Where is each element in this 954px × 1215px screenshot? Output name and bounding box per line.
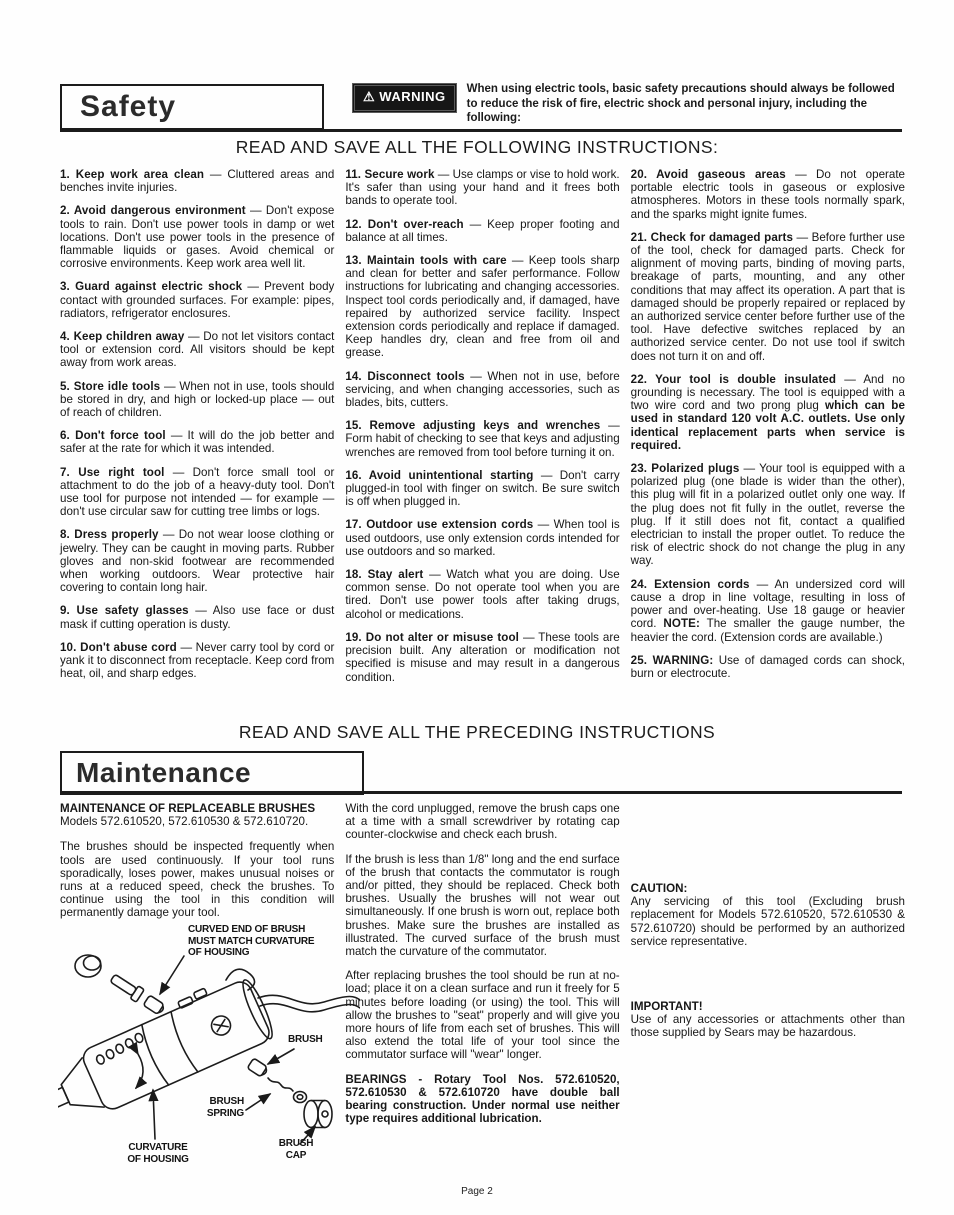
- safety-item: 12. Don't over-reach — Keep proper footi…: [345, 218, 619, 244]
- header-divider: [60, 129, 902, 132]
- safety-item: 19. Do not alter or misuse tool — These …: [345, 631, 619, 684]
- safety-section-title-box: Safety: [60, 84, 324, 130]
- safety-item: 2. Avoid dangerous environment — Don't e…: [60, 204, 334, 270]
- safety-item: 25. WARNING: Use of damaged cords can sh…: [631, 654, 905, 680]
- label-brush-cap: BRUSH CAP: [274, 1138, 318, 1161]
- caution-heading: CAUTION:: [631, 882, 905, 895]
- manual-page: Safety ⚠ WARNING When using electric too…: [0, 0, 954, 1215]
- safety-column-2: 11. Secure work — Use clamps or vise to …: [345, 168, 619, 694]
- heading-read-following: READ AND SAVE ALL THE FOLLOWING INSTRUCT…: [0, 137, 954, 158]
- safety-item: 17. Outdoor use extension cords — When t…: [345, 518, 619, 558]
- label-brush: BRUSH: [288, 1034, 323, 1046]
- safety-item: 11. Secure work — Use clamps or vise to …: [345, 168, 619, 208]
- label-curved-end-of-brush: CURVED END OF BRUSH MUST MATCH CURVATURE…: [188, 924, 314, 959]
- brushes-heading: MAINTENANCE OF REPLACEABLE BRUSHES: [60, 802, 334, 815]
- brush-replace-paragraph: If the brush is less than 1/8" long and …: [345, 853, 619, 959]
- safety-item: 9. Use safety glasses — Also use face or…: [60, 604, 334, 630]
- label-curvature-of-housing: CURVATURE OF HOUSING: [106, 1142, 210, 1165]
- brush-replacement-diagram: CURVED END OF BRUSH MUST MATCH CURVATURE…: [58, 918, 360, 1186]
- maintenance-divider: [60, 791, 902, 794]
- brushes-intro-paragraph: The brushes should be inspected frequent…: [60, 840, 334, 919]
- bearings-note: BEARINGS - Rotary Tool Nos. 572.610520, …: [345, 1073, 619, 1126]
- safety-item: 5. Store idle tools — When not in use, t…: [60, 380, 334, 420]
- important-text: Use of any accessories or attachments ot…: [631, 1013, 905, 1039]
- safety-item: 13. Maintain tools with care — Keep tool…: [345, 254, 619, 360]
- warning-icon: ⚠ WARNING: [352, 83, 457, 113]
- caution-block: CAUTION: Any servicing of this tool (Exc…: [631, 882, 905, 948]
- safety-item: 4. Keep children away — Do not let visit…: [60, 330, 334, 370]
- safety-item: 18. Stay alert — Watch what you are doin…: [345, 568, 619, 621]
- important-heading: IMPORTANT!: [631, 1000, 905, 1013]
- page-number: Page 2: [0, 1186, 954, 1197]
- label-brush-spring: BRUSH SPRING: [196, 1096, 244, 1119]
- safety-item: 7. Use right tool — Don't force small to…: [60, 466, 334, 519]
- safety-item: 3. Guard against electric shock — Preven…: [60, 280, 334, 320]
- safety-item: 15. Remove adjusting keys and wrenches —…: [345, 419, 619, 459]
- safety-item: 8. Dress properly — Do not wear loose cl…: [60, 528, 334, 594]
- warning-block: ⚠ WARNING When using electric tools, bas…: [346, 82, 904, 126]
- models-line: Models 572.610520, 572.610530 & 572.6107…: [60, 815, 334, 828]
- safety-item: 23. Polarized plugs — Your tool is equip…: [631, 462, 905, 568]
- safety-item: 24. Extension cords — An undersized cord…: [631, 578, 905, 644]
- safety-item: 14. Disconnect tools — When not in use, …: [345, 370, 619, 410]
- important-block: IMPORTANT! Use of any accessories or att…: [631, 1000, 905, 1040]
- safety-column-1: 1. Keep work area clean — Cluttered area…: [60, 168, 334, 694]
- safety-item: 10. Don't abuse cord — Never carry tool …: [60, 641, 334, 681]
- safety-item: 6. Don't force tool — It will do the job…: [60, 429, 334, 455]
- warning-text: When using electric tools, basic safety …: [467, 83, 895, 124]
- maintenance-column-middle: With the cord unplugged, remove the brus…: [345, 802, 619, 1136]
- brush-seat-paragraph: After replacing brushes the tool should …: [345, 969, 619, 1061]
- safety-section-title: Safety: [80, 90, 176, 124]
- maintenance-section-title-box: Maintenance: [60, 751, 364, 795]
- safety-item: 1. Keep work area clean — Cluttered area…: [60, 168, 334, 194]
- safety-item: 22. Your tool is double insulated — And …: [631, 373, 905, 452]
- safety-item: 20. Avoid gaseous areas — Do not operate…: [631, 168, 905, 221]
- maintenance-column-right: CAUTION: Any servicing of this tool (Exc…: [631, 802, 905, 1136]
- maintenance-section-title: Maintenance: [76, 757, 251, 789]
- brush-check-paragraph: With the cord unplugged, remove the brus…: [345, 802, 619, 842]
- caution-text: Any servicing of this tool (Excluding br…: [631, 895, 905, 948]
- safety-column-3: 20. Avoid gaseous areas — Do not operate…: [631, 168, 905, 694]
- safety-item: 21. Check for damaged parts — Before fur…: [631, 231, 905, 363]
- safety-instructions: 1. Keep work area clean — Cluttered area…: [60, 168, 905, 694]
- heading-read-preceding: READ AND SAVE ALL THE PRECEDING INSTRUCT…: [0, 722, 954, 743]
- safety-item: 16. Avoid unintentional starting — Don't…: [345, 469, 619, 509]
